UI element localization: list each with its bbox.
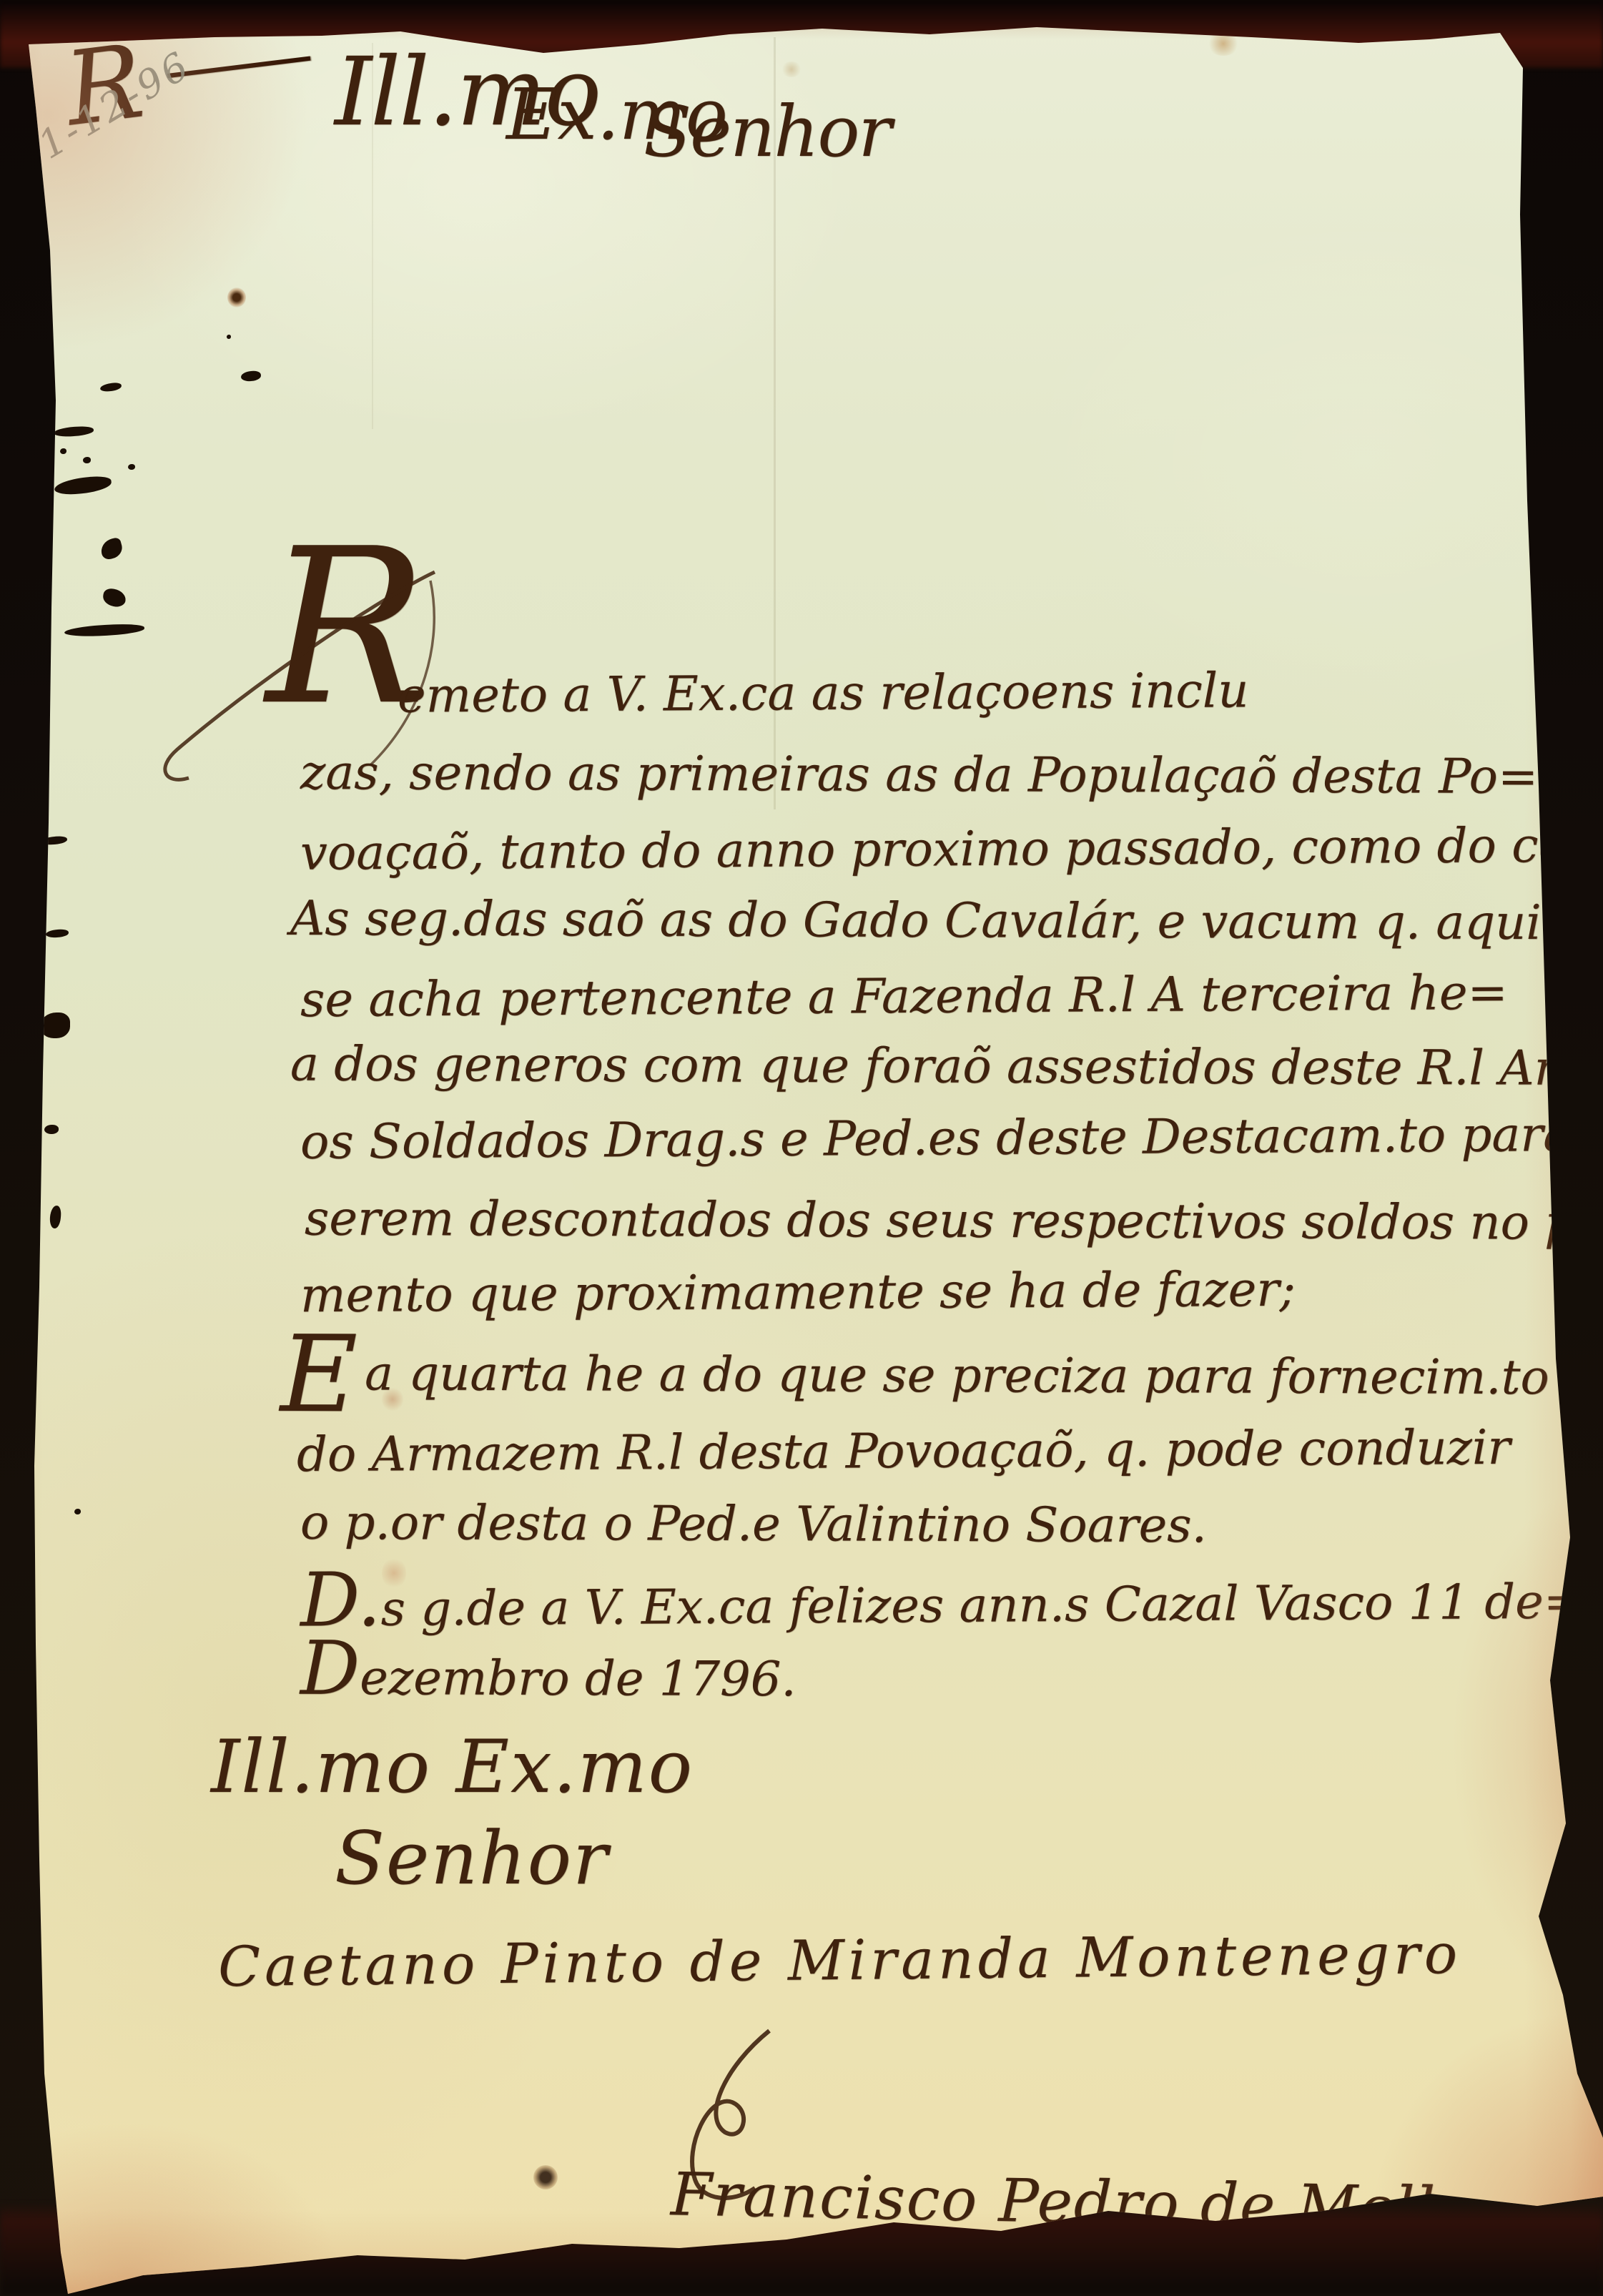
ink-blot xyxy=(40,1012,70,1038)
ink-blot xyxy=(99,382,122,393)
body-line: As seg.das saõ as do Gado Cavalár, e vac… xyxy=(290,893,1542,947)
body-line: se acha pertencente a Fazenda R.l A terc… xyxy=(300,967,1508,1025)
body-line: do Armazem R.l desta Povoaçaõ, q. pode c… xyxy=(297,1422,1511,1479)
manuscript-scan-page: { "document": { "marks": { "ink_mark": "… xyxy=(0,0,1603,2296)
ink-blot xyxy=(83,457,91,463)
body-line: o p.or desta o Ped.e Valintino Soares. xyxy=(300,1497,1207,1550)
body-line: mento que proximamente se ha de fazer; xyxy=(300,1264,1296,1321)
closing-line: D.s g.de a V. Ex.ca felizes ann.s Cazal … xyxy=(300,1568,1584,1635)
address-illmo-exmo: Ill.mo Ex.mo xyxy=(211,1725,694,1810)
ink-blot xyxy=(54,475,112,496)
ink-blot xyxy=(44,1125,59,1134)
manuscript-paper: R— 11-12-96 Ill.mo Ex.mo Senhor R emeto … xyxy=(0,0,1603,2296)
body-line: emeto a V. Ex.ca as relaçoens inclu xyxy=(398,665,1249,720)
stain xyxy=(781,61,802,77)
ink-blot xyxy=(41,835,68,845)
body-line: a dos generos com que foraõ assestidos d… xyxy=(290,1039,1603,1094)
ink-blot xyxy=(240,370,261,382)
body-line: os Soldados Drag.s e Ped.es deste Destac… xyxy=(300,1108,1603,1167)
closing-line: Dezembro de 1796. xyxy=(300,1644,796,1704)
ink-blot xyxy=(54,425,94,438)
ink-blot xyxy=(46,929,69,938)
ink-blot xyxy=(49,1205,62,1228)
stain xyxy=(227,287,246,307)
body-line: zas, sendo as primeiras as da Populaçaõ … xyxy=(300,747,1538,802)
ink-blot xyxy=(60,448,66,454)
stain xyxy=(533,2165,558,2189)
addressee-name: Caetano Pinto de Miranda Montenegro xyxy=(218,1923,1462,1999)
salutation-senhor: Senhor xyxy=(643,92,890,173)
ink-blot xyxy=(102,587,127,608)
body-line-text: a quarta he a do que se preciza para for… xyxy=(365,1345,1549,1405)
body-line: Ea quarta he a do que se preciza para fo… xyxy=(280,1348,1549,1402)
ink-blot xyxy=(99,537,124,561)
ink-blot xyxy=(64,623,145,638)
ink-blot xyxy=(227,335,231,339)
address-senhor: Senhor xyxy=(335,1816,609,1901)
ornate-initial-E: E xyxy=(280,1313,358,1436)
ink-blot xyxy=(128,464,135,470)
body-line: serem descontados dos seus respectivos s… xyxy=(305,1193,1603,1248)
body-line: voaçaõ, tanto do anno proximo passado, c… xyxy=(300,819,1603,878)
ink-blot xyxy=(74,1509,81,1514)
